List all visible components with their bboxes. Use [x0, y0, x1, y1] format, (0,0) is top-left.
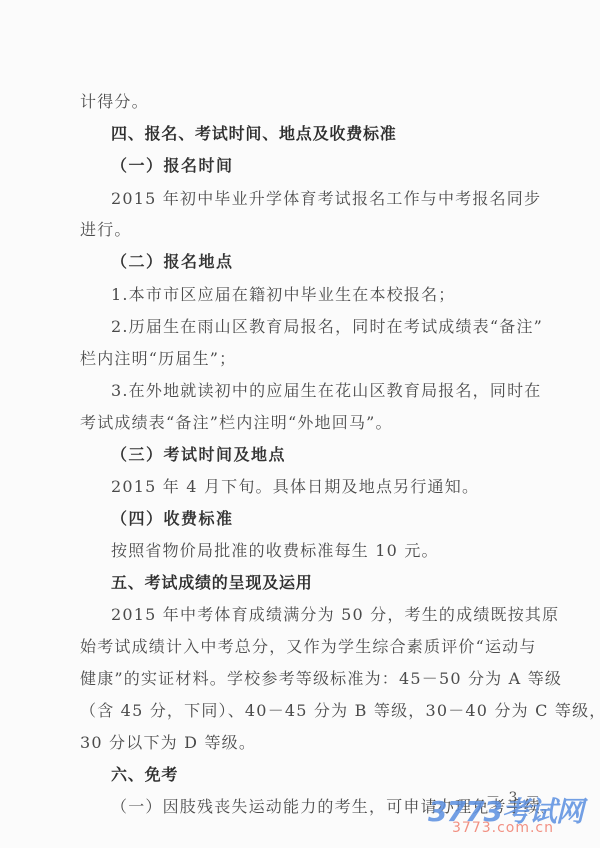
subsection-heading: （三）考试时间及地点	[111, 444, 286, 466]
text-line: 进行。	[80, 219, 132, 241]
text-line: 3.在外地就读初中的应届生在花山区教育局报名，同时在	[111, 380, 541, 402]
text-line: 始考试成绩计入中考总分，又作为学生综合素质评价“运动与	[80, 636, 537, 658]
section-heading-4: 四、报名、考试时间、地点及收费标准	[111, 123, 397, 145]
text-line: 按照省物价局批准的收费标准每生 10 元。	[111, 540, 439, 562]
text-line: 考试成绩表“备注”栏内注明“外地回马”。	[80, 412, 393, 434]
text-line: 1.本市市区应届在籍初中毕业生在本校报名；	[111, 284, 455, 306]
subsection-heading: （二）报名地点	[111, 251, 234, 273]
text-line: 栏内注明“历届生”；	[80, 348, 236, 370]
watermark-url: 3773.com.cn	[452, 820, 554, 836]
text-line: 2.历届生在雨山区教育局报名，同时在考试成绩表“备注”	[111, 316, 543, 338]
subsection-heading: （四）收费标准	[111, 508, 234, 530]
text-line: 2015 年 4 月下旬。具体日期及地点另行通知。	[111, 476, 479, 498]
text-line: （含 45 分，下同）、40－45 分为 B 等级，30－40 分为 C 等级，	[80, 700, 600, 722]
document-page: 计得分。 四、报名、考试时间、地点及收费标准 （一）报名时间 2015 年初中毕…	[0, 0, 600, 848]
text-line: 30 分以下为 D 等级。	[80, 732, 256, 754]
text-line: 2015 年初中毕业升学体育考试报名工作与中考报名同步	[111, 188, 541, 210]
section-heading-5: 五、考试成绩的呈现及运用	[111, 572, 313, 594]
text-line: 计得分。	[80, 91, 149, 113]
subsection-heading: （一）报名时间	[111, 155, 234, 177]
section-heading-6: 六、免考	[111, 764, 178, 786]
text-line: 2015 年中考体育成绩满分为 50 分，考生的成绩既按其原	[111, 604, 559, 626]
text-line: 健康”的实证材料。学校参考等级标准为：45－50 分为 A 等级	[80, 668, 562, 690]
